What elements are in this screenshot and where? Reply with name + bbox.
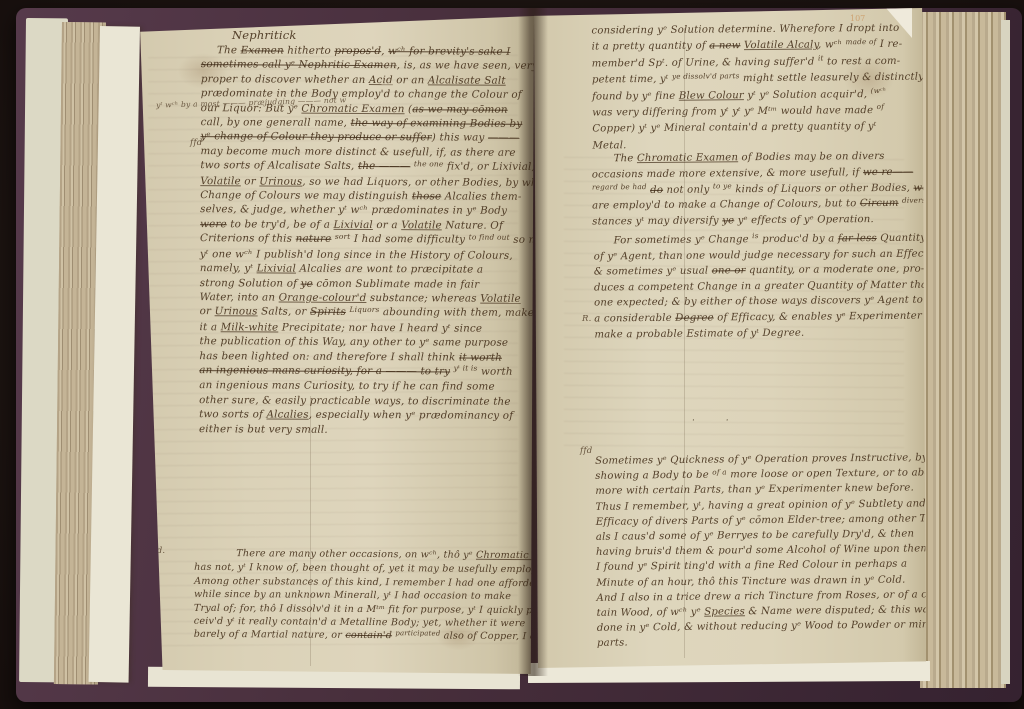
text-segment: of Efficacy, & enables yᵉ Experimenter t… — [714, 310, 926, 323]
text-segment: contain'd — [345, 630, 392, 641]
text-segment: cōmon Sublimate made in fair — [313, 277, 479, 290]
text-segment: was very differing from yᵗ yᵗ yᵉ Mᵗᵐ wou… — [592, 105, 877, 118]
text-segment: Chromatic Examen — [301, 102, 404, 115]
text-segment: And I also in a trice drew a rich Tinctu… — [596, 589, 926, 604]
text-segment: worth — [477, 366, 512, 378]
text-segment: or an — [393, 74, 428, 86]
text-segment: duces a competent Change in a greater Qu… — [594, 279, 926, 293]
text-segment: tain Wood, of wᶜʰ yᵉ — [597, 607, 705, 619]
manuscript-line: are employ'd to make a Change of Colours… — [592, 196, 926, 215]
right-paragraph-1: considering yᵉ Solution determine. Where… — [591, 21, 926, 155]
text-segment: showing a Body to be — [595, 470, 712, 482]
text-segment: to ye — [713, 181, 732, 190]
text-segment: Blew Colour — [679, 90, 744, 102]
text-segment: Alcalies them- — [441, 190, 521, 202]
text-segment: considering yᵉ Solution determine. Where… — [591, 23, 899, 37]
text-segment: it — [818, 54, 824, 63]
text-segment: Alcalisate Salt — [428, 74, 506, 86]
manuscript-line: two sorts of Alcalisate Salts, the ——— t… — [200, 158, 532, 175]
text-segment: call, by one generall name, — [201, 116, 351, 129]
text-segment: There are many other occasions, on wᶜʰ, … — [236, 548, 476, 561]
text-segment: selves, & judge, whether yᵗ wᶜʰ prædomin… — [200, 204, 507, 218]
text-segment: an ingenious mans curiosity, for a ——— t… — [199, 364, 450, 377]
text-segment: two sorts of Alcalisate Salts, — [200, 159, 358, 172]
text-segment: yᵗ yᵉ Solution acquir'd, — [744, 89, 871, 101]
right-paragraph-2: The Chromatic Examen of Bodies may be on… — [592, 149, 926, 231]
text-segment: Species — [704, 606, 745, 617]
text-segment: & sometimes yᵉ usual — [594, 266, 712, 278]
text-segment: Liquors — [349, 305, 379, 314]
text-segment: & Name were disputed; & this was — [745, 604, 926, 617]
text-segment: , especially when yᵉ prædominancy of — [309, 409, 514, 422]
text-segment: our Liquor: But yᵉ — [201, 102, 302, 115]
left-paragraph-2: There are many other occasions, on wᶜʰ, … — [194, 547, 534, 645]
text-segment: member'd Spᵗ. of Urine, & having suffer'… — [592, 56, 818, 69]
text-segment: done in yᵉ Cold, & without reducing yᵉ W… — [597, 619, 926, 634]
text-segment: might settle leasurely & distinctly, I — [740, 72, 926, 85]
text-segment: Minute of an hour, thô this Tincture was… — [596, 574, 905, 588]
text-segment: occasions made more extensive, & more us… — [592, 167, 863, 180]
manuscript-line: stances yᵗ may diversify ye yᵉ effects o… — [592, 212, 926, 231]
manuscript-line: Copper) yᵗ yᵉ Mineral contain'd a pretty… — [592, 119, 926, 138]
right-paragraph-4: Sometimes yᵉ Quickness of yᵉ Operation p… — [595, 450, 926, 651]
text-segment: the publication of this Way, any other t… — [199, 335, 508, 349]
text-segment: far less — [838, 233, 877, 244]
right-manuscript-page: 107 considering yᵉ Solution determine. W… — [534, 8, 926, 668]
text-segment: Copper) yᵗ yᵉ Mineral contain'd a pretty… — [592, 121, 876, 134]
text-segment: kinds of Liquors or other Bodies, — [732, 182, 914, 195]
text-segment: a considerable — [594, 313, 675, 325]
text-segment: an ingenious mans Curiosity, to try if h… — [199, 379, 495, 393]
text-segment: Alcalies are wont to præcipitate a — [296, 263, 483, 276]
text-segment: more with certain Parts, than yᵉ Experim… — [595, 483, 914, 497]
text-segment: , wᶜʰ — [818, 40, 845, 51]
text-segment: Milk-white — [221, 321, 279, 333]
text-segment: having bruis'd them & pour'd some Alcoho… — [596, 544, 926, 559]
text-segment: ceiv'd yᵗ it really contain'd a Metallin… — [194, 616, 526, 629]
text-segment: quantity, or a moderate one, pro- — [746, 264, 925, 277]
manuscript-line: strong Solution of ye cōmon Sublimate ma… — [200, 276, 532, 292]
manuscript-line: two sorts of Alcalies, especially when y… — [199, 407, 531, 423]
text-segment: petent time, yᵗ — [592, 74, 672, 86]
text-segment: ye — [722, 215, 734, 226]
text-segment: it a — [200, 321, 221, 333]
left-manuscript-page: Nephritick yᵗ wᶜʰ by a most ——— præjudgi… — [128, 16, 534, 674]
text-segment: we re—— — [863, 166, 913, 177]
text-segment: two sorts of — [199, 408, 266, 420]
text-segment: of a — [712, 467, 727, 476]
text-segment: Urinous — [215, 306, 258, 318]
text-segment: nature — [296, 233, 332, 245]
manuscript-line: either is but very small. — [199, 422, 531, 438]
text-segment: of yᵉ Agent, than one would judge necess… — [594, 248, 926, 262]
text-segment: Thus I remember, yᵗ, having a great opin… — [595, 498, 926, 512]
text-segment: divers — [902, 195, 926, 204]
text-segment: produc'd by a — [759, 233, 838, 245]
text-segment: (wᶜʰ — [871, 86, 887, 95]
gutter-shadow — [518, 8, 548, 676]
manuscript-line: yᵉ change of Colour they produce or suff… — [201, 130, 533, 146]
text-segment: other sure, & easily practicable ways, t… — [199, 394, 511, 408]
text-segment: strong Solution of — [200, 277, 301, 290]
manuscript-line: selves, & judge, whether yᵗ wᶜʰ prædomin… — [200, 203, 532, 219]
text-segment: Examen — [241, 44, 284, 56]
text-segment: Degree — [675, 312, 714, 323]
text-segment: Volatile — [200, 175, 241, 187]
text-segment: Spirits — [310, 306, 346, 318]
text-segment: may become much more distinct & usefull,… — [200, 145, 515, 159]
text-segment: those — [412, 190, 441, 202]
text-segment: has not, yᵗ I know of, been thought of, … — [194, 562, 534, 575]
text-segment: not only — [663, 184, 713, 195]
text-segment: has been lighted on: and therefore I sha… — [199, 350, 459, 363]
text-segment: ——— — [488, 132, 520, 144]
text-segment: Salts, or — [258, 306, 310, 318]
text-segment: a new — [709, 41, 740, 52]
text-segment: Chromatic Examen — [637, 152, 738, 164]
text-segment: made of — [845, 37, 876, 46]
text-segment: one or — [712, 265, 746, 276]
text-segment: Volatile — [401, 219, 442, 231]
text-segment: Change of Colours we may distinguish — [200, 189, 412, 202]
text-segment: stances yᵗ may diversify — [592, 216, 722, 228]
text-segment: of — [877, 102, 885, 111]
manuscript-line: parts. — [597, 633, 926, 652]
text-segment: more loose or open Texture, or to abound — [727, 467, 926, 480]
text-segment: Volatile — [480, 293, 521, 305]
text-segment: to rest a com- — [824, 56, 901, 68]
text-segment: while since by an unknown Minerall, yᵗ I… — [194, 589, 511, 602]
text-segment: yᵉ effects of yᵉ Operation. — [734, 214, 874, 226]
text-segment: or a — [373, 219, 401, 231]
text-segment: , is, as we have seen, very — [397, 60, 534, 73]
text-segment: are employ'd to make a Change of Colours… — [592, 199, 860, 212]
text-segment: it worth — [459, 351, 502, 363]
text-segment: regard be had — [592, 182, 647, 191]
text-segment: The — [614, 153, 637, 164]
text-segment: namely, yᵗ — [200, 262, 257, 274]
text-segment: ye — [301, 277, 313, 289]
text-segment: it a pretty quantity of — [592, 41, 710, 53]
right-paragraph-3: For sometimes yᵉ Change is produc'd by a… — [594, 231, 926, 343]
text-segment: as we may cōmon — [412, 103, 507, 115]
text-segment: barely of a Martial nature, or — [194, 629, 346, 641]
text-segment: parts. — [597, 638, 628, 649]
text-segment: Lixivial — [257, 263, 296, 275]
text-segment: make a probable Estimate of yᵗ Degree. — [594, 327, 804, 340]
text-segment: Metal. — [592, 140, 626, 151]
text-segment: ye dissolv'd parts — [672, 71, 740, 81]
text-segment: to be try'd, be of a — [227, 218, 334, 231]
text-segment: Orange-colour'd — [279, 291, 367, 303]
text-segment: , so we had Liquors, or other Bodies, by… — [302, 175, 534, 188]
text-segment: I had some difficulty — [350, 233, 468, 246]
separator-dots: · · — [692, 416, 743, 426]
text-segment: sort — [335, 231, 351, 240]
manuscript-line: barely of a Martial nature, or contain'd… — [194, 628, 534, 645]
text-segment: yᵗ one wᶜʰ I publish'd long since in the… — [200, 248, 513, 262]
text-segment: Alcalies — [266, 409, 308, 421]
text-segment: Water, into an — [200, 291, 279, 303]
text-segment: Criterions of this — [200, 232, 296, 245]
manuscript-line: namely, yᵗ Lixivial Alcalies are wont to… — [200, 261, 532, 277]
text-segment: For sometimes yᵉ Change — [614, 234, 753, 246]
text-segment: Precipitate; nor have I heard yᵗ since — [278, 321, 482, 334]
text-segment: wᶜʰ for brevity's sake I — [388, 45, 510, 58]
text-segment: The — [217, 44, 241, 56]
text-segment: Circum — [860, 198, 899, 209]
manuscript-line: a considerable Degree of Efficacy, & ena… — [594, 308, 926, 327]
text-segment: I found yᵉ Spirit ting'd with a fine Red… — [596, 559, 907, 573]
text-segment: Acid — [369, 74, 393, 86]
left-paragraph-1: The Examen hitherto propos'd, wᶜʰ for br… — [199, 43, 533, 438]
right-paragraph-3-margin: R. — [582, 314, 592, 324]
text-segment: of Bodies may be on divers — [738, 151, 885, 163]
manuscript-line: prædominate in the Body employ'd to chan… — [201, 86, 533, 102]
text-segment: I re- — [876, 39, 902, 50]
manuscript-line: an ingenious mans curiosity, for a ——— t… — [199, 363, 531, 380]
text-segment: yᵗ it is — [454, 364, 478, 373]
text-segment: the one — [414, 159, 444, 168]
text-segment: prædominate in the Body employ'd to chan… — [201, 87, 522, 101]
text-segment: ( — [405, 103, 413, 115]
text-segment: Lixivial — [334, 219, 373, 231]
manuscript-line: sometimes call yᵉ Nephritic Examen, is, … — [201, 58, 533, 74]
text-segment: or — [241, 175, 260, 187]
text-segment: to find out — [469, 232, 510, 241]
text-segment: Nature. Of — [442, 219, 503, 231]
text-segment: is — [752, 231, 759, 240]
text-segment: either is but very small. — [199, 423, 328, 436]
text-segment: propos'd — [334, 45, 381, 57]
right-paragraph-4-margin: ffd — [580, 446, 592, 456]
text-segment: one expected; & by either of those ways … — [594, 295, 926, 309]
text-segment: found by yᵉ fine — [592, 90, 679, 102]
text-segment: ) this way — [432, 132, 488, 144]
text-segment: als I caus'd some of yᵉ Berryes to be ca… — [596, 529, 914, 543]
text-segment: Sometimes yᵉ Quickness of yᵉ Operation p… — [595, 452, 926, 466]
manuscript-line: the publication of this Way, any other t… — [199, 334, 531, 350]
text-segment: sometimes call yᵉ Nephritic Examen — [201, 59, 397, 72]
text-segment: abounding with them, make with — [379, 306, 534, 319]
text-segment: Among other substances of this kind, I r… — [194, 576, 534, 590]
text-segment: substance; whereas — [366, 292, 480, 305]
manuscript-photo: Nephritick yᵗ wᶜʰ by a most ——— præjudgi… — [0, 0, 1024, 709]
text-segment: Urinous — [259, 175, 302, 187]
text-segment: Volatile Alcaly — [744, 40, 818, 52]
manuscript-line: an ingenious mans Curiosity, to try if h… — [199, 378, 531, 394]
text-segment: were — [200, 218, 227, 230]
right-page-edges — [920, 12, 1006, 688]
text-segment: the way of examining Bodies by — [351, 117, 523, 130]
manuscript-line: Criterions of this nature sort I had som… — [200, 231, 532, 248]
page-heading: Nephritick — [232, 28, 297, 42]
text-segment: hitherto — [284, 45, 335, 57]
text-segment: Efficacy of divers Parts of yᵉ cōmon Eld… — [596, 513, 926, 528]
text-segment: yᵉ change of Colour they produce or suff… — [201, 131, 432, 144]
manuscript-line: make a probable Estimate of yᵗ Degree. — [594, 324, 926, 343]
text-segment: or — [200, 305, 215, 317]
text-segment: participated — [395, 629, 440, 637]
text-segment: proper to discover whether an — [201, 73, 369, 86]
manuscript-line: or Urinous Salts, or Spirits Liquors abo… — [200, 304, 532, 321]
text-segment: Tryal of; for, thô I dissolv'd it in a M… — [194, 602, 534, 615]
text-segment: Quantity — [877, 233, 926, 244]
text-segment: do — [650, 184, 663, 195]
right-endpaper — [1001, 20, 1010, 684]
text-segment: the ——— — [358, 160, 410, 172]
